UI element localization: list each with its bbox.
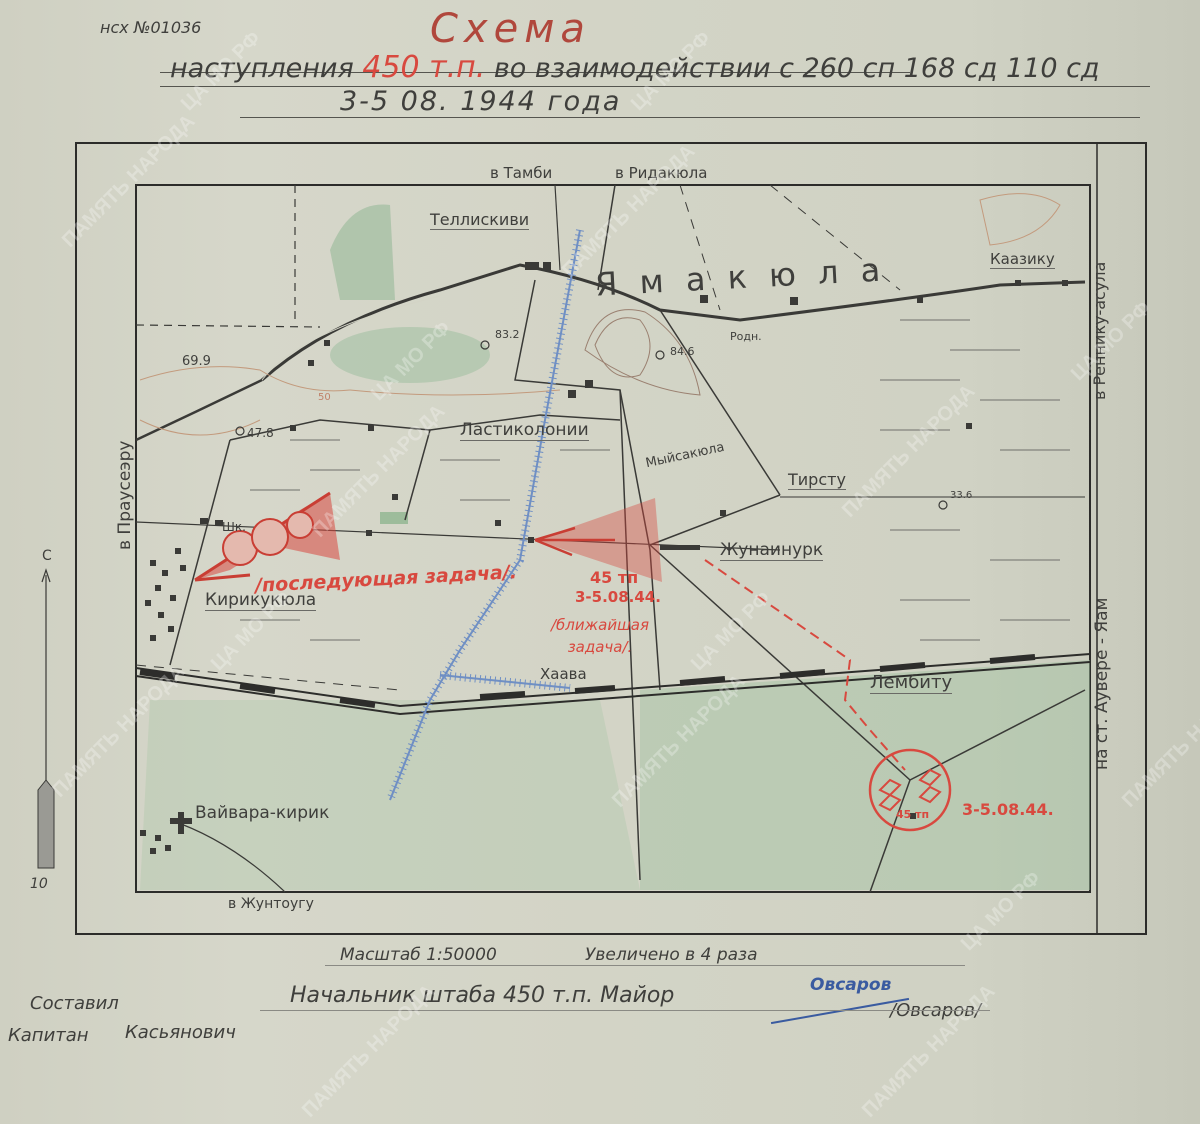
label-to-prauseeru: в Праусеэру bbox=[115, 441, 135, 550]
position-date-label: 3-5.08.44. bbox=[962, 800, 1054, 819]
label-to-auvere-yaam: на ст. Аувере - Яам bbox=[1092, 598, 1112, 770]
label-to-zhuntougu: в Жунтоугу bbox=[228, 896, 314, 912]
place-kaaziku: Каазику bbox=[990, 250, 1055, 269]
chief-signature: Овсаров bbox=[810, 975, 891, 995]
label-to-ridakula: в Ридакюла bbox=[615, 164, 707, 182]
page-number: 10 bbox=[30, 876, 48, 892]
label-to-renniku-asula: в Реннику-асула bbox=[1090, 262, 1109, 400]
elevation-33-6: 33.6 bbox=[950, 490, 972, 501]
compiled-label: Составил bbox=[30, 993, 119, 1014]
immediate-date-label: 3-5.08.44. bbox=[575, 588, 661, 606]
place-vaivara-kirik: Вайвара-кирик bbox=[195, 803, 329, 823]
elevation-69-9: 69.9 bbox=[182, 354, 211, 369]
chief-title: Начальник штаба 450 т.п. Майор bbox=[290, 983, 674, 1008]
immediate-unit-label: 45 тп bbox=[590, 568, 638, 587]
place-school: Шк. bbox=[222, 520, 246, 534]
compiled-rank: Капитан bbox=[8, 1025, 89, 1046]
elevation-84-6: 84.6 bbox=[670, 345, 695, 358]
immediate-task-label: /ближайшая задача/. bbox=[535, 614, 665, 658]
elevation-47-8: 47.8 bbox=[247, 426, 274, 440]
position-unit-label: 45 тп bbox=[896, 808, 929, 821]
elevation-83-2: 83.2 bbox=[495, 328, 520, 341]
place-telliskivi: Теллискиви bbox=[430, 210, 529, 230]
map-document: нсх №01036 Схема наступления 450 т.п. во… bbox=[0, 0, 1200, 1124]
place-lembitu: Лембиту bbox=[870, 672, 952, 694]
enlargement-label: Увеличено в 4 раза bbox=[585, 945, 757, 965]
chief-underline bbox=[260, 1010, 990, 1011]
label-to-tambi: в Тамби bbox=[490, 164, 552, 182]
scale-underline bbox=[325, 965, 965, 966]
place-rodn: Родн. bbox=[730, 330, 762, 343]
place-lastikolonii: Ластиколонии bbox=[460, 420, 589, 441]
contour-50: 50 bbox=[318, 392, 331, 403]
scale-label: Масштаб 1:50000 bbox=[340, 945, 497, 965]
place-haava: Хаава bbox=[540, 665, 587, 683]
place-tirstu: Тирсту bbox=[788, 470, 846, 490]
compiled-signature: Касьянович bbox=[125, 1022, 236, 1043]
place-zhunainurk: Жунаинурк bbox=[720, 540, 823, 561]
north-label: С bbox=[42, 548, 52, 564]
